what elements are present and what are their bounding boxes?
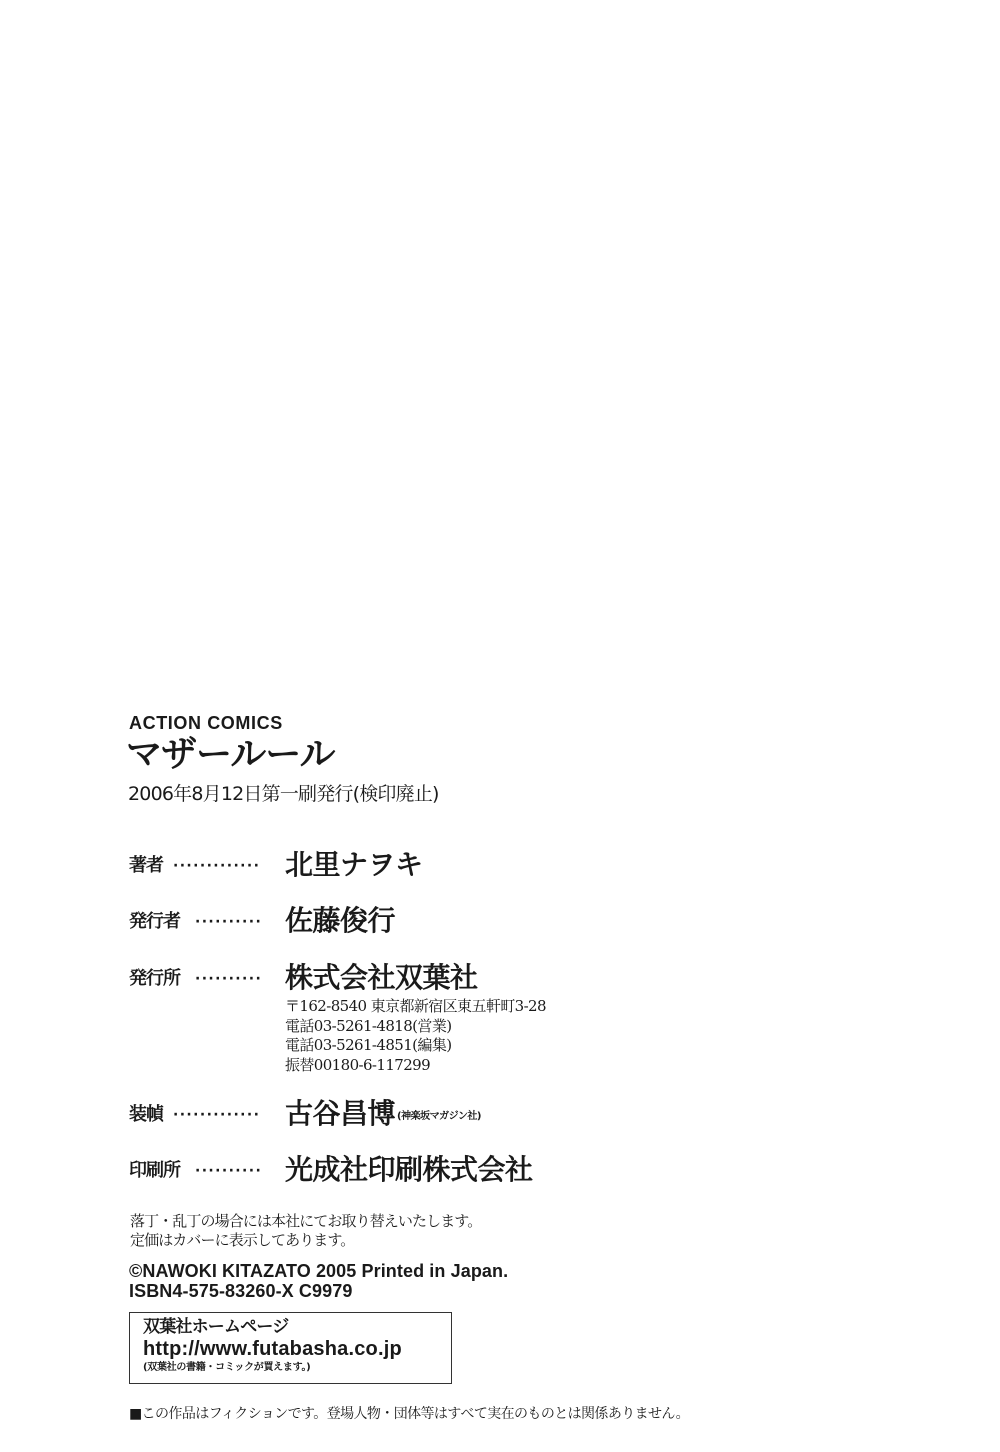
- notice-line: 落丁・乱丁の場合には本社にてお取り替えいたします。: [130, 1212, 481, 1231]
- leader-dots: ··········: [195, 911, 262, 933]
- credit-label: 発行所: [129, 968, 180, 990]
- designer-name: 古谷昌博: [285, 1097, 395, 1130]
- credit-label: 著者: [129, 855, 163, 877]
- notice-line: 定価はカバーに表示してあります。: [130, 1231, 481, 1250]
- phone-sales: 電話03-5261-4818(営業): [285, 1017, 546, 1037]
- postal-transfer: 振替00180-6-117299: [285, 1056, 546, 1076]
- copyright-block: ©NAWOKI KITAZATO 2005 Printed in Japan. …: [129, 1261, 508, 1301]
- leader-dots: ·············: [173, 1104, 260, 1126]
- phone-editorial: 電話03-5261-4851(編集): [285, 1036, 546, 1056]
- credit-label: 印刷所: [129, 1160, 180, 1182]
- replacement-notice: 落丁・乱丁の場合には本社にてお取り替えいたします。 定価はカバーに表示してありま…: [130, 1212, 481, 1250]
- book-title: マザールール: [126, 733, 335, 777]
- designer-affiliation: (神楽坂マガジン社): [397, 1111, 481, 1122]
- address-line: 〒162-8540 東京都新宿区東五軒町3-28: [285, 997, 546, 1017]
- homepage-url[interactable]: http://www.futabasha.co.jp: [143, 1338, 451, 1360]
- credit-label: 装幀: [129, 1104, 163, 1126]
- credit-label: 発行者: [129, 911, 180, 933]
- publisher-address: 〒162-8540 東京都新宿区東五軒町3-28 電話03-5261-4818(…: [285, 997, 546, 1075]
- credit-value: 古谷昌博(神楽坂マガジン社): [285, 1097, 481, 1134]
- homepage-title: 双葉社ホームページ: [143, 1317, 451, 1338]
- leader-dots: ··········: [195, 968, 262, 990]
- credit-value: 北里ナヲキ: [285, 848, 423, 882]
- series-name: ACTION COMICS: [129, 712, 283, 734]
- leader-dots: ·············: [173, 855, 260, 877]
- issue-date: 2006年8月12日第一刷発行(検印廃止): [128, 781, 439, 807]
- leader-dots: ··········: [195, 1160, 262, 1182]
- isbn-text: ISBN4-575-83260-X C9979: [129, 1281, 508, 1301]
- credit-value: 株式会社双葉社: [285, 961, 478, 995]
- credit-value: 光成社印刷株式会社: [285, 1153, 533, 1187]
- homepage-note: (双葉社の書籍・コミックが買えます。): [143, 1360, 451, 1376]
- homepage-box: 双葉社ホームページ http://www.futabasha.co.jp (双葉…: [129, 1312, 452, 1384]
- fiction-disclaimer: ■この作品はフィクションです。登場人物・団体等はすべて実在のものとは関係ありませ…: [129, 1405, 689, 1423]
- credit-value: 佐藤俊行: [285, 904, 395, 938]
- copyright-text: ©NAWOKI KITAZATO 2005 Printed in Japan.: [129, 1261, 508, 1281]
